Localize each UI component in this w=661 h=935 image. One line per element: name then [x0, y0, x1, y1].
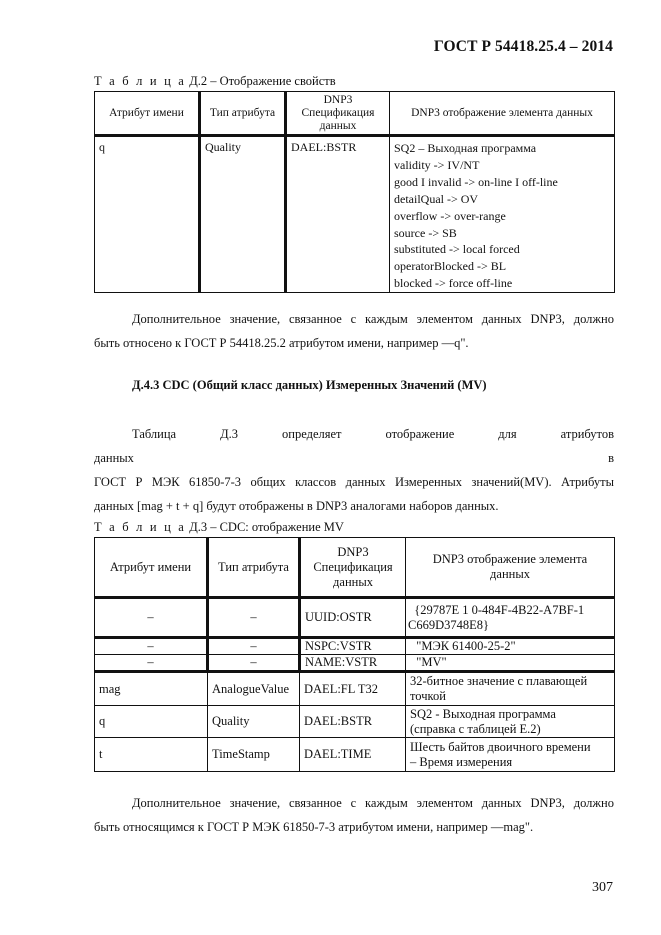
- cell-spec: NAME:VSTR: [300, 655, 406, 672]
- col-header-spec: DNP3 Спецификация данных: [300, 538, 406, 598]
- mapping-line: detailQual -> OV: [394, 191, 610, 208]
- table-row: q Quality DAEL:BSTR SQ2 – Выходная прогр…: [95, 136, 615, 293]
- cell-mapping: "МЭК 61400-25-2": [406, 638, 615, 655]
- mapping-line: validity -> IV/NT: [394, 157, 610, 174]
- table2-caption: Т а б л и ц а Д.3 – CDC: отображение MV: [94, 520, 344, 535]
- cell-attr-name: t: [95, 738, 208, 772]
- cell-mapping: SQ2 - Выходная программа (справка с табл…: [406, 706, 615, 738]
- cell-attr-name: –: [95, 598, 208, 638]
- cell-attr-name: –: [95, 638, 208, 655]
- cell-attr-type: Quality: [208, 706, 300, 738]
- document-header: ГОСТ Р 54418.25.4 – 2014: [434, 38, 613, 56]
- mapping-line: operatorBlocked -> BL: [394, 258, 610, 275]
- cell-attr-type: Quality: [200, 136, 286, 293]
- paragraph-line: быть относящимся к ГОСТ Р МЭК 61850-7-3 …: [94, 815, 614, 839]
- cell-attr-name: q: [95, 136, 200, 293]
- page-number: 307: [592, 880, 613, 896]
- cell-attr-type: –: [208, 598, 300, 638]
- cell-attr-type: –: [208, 655, 300, 672]
- header-line: данных: [410, 567, 610, 582]
- table-d2: Атрибут имени Тип атрибута DNP3 Специфик…: [94, 91, 615, 293]
- paragraph-line: Таблица Д.3 определяет отображение для а…: [94, 422, 614, 470]
- header-line: DNP3: [305, 545, 401, 560]
- paragraph-table-d3-intro: Таблица Д.3 определяет отображение для а…: [94, 422, 614, 518]
- paragraph-additional-value-1: Дополнительное значение, связанное с каж…: [94, 307, 614, 355]
- header-line: DNP3: [291, 94, 385, 107]
- cell-mapping: 32-битное значение с плавающей точкой: [406, 672, 615, 706]
- header-line: данных: [305, 575, 401, 590]
- header-line: DNP3 отображение элемента: [410, 552, 610, 567]
- cell-attr-type: AnalogueValue: [208, 672, 300, 706]
- table1-caption: Т а б л и ц а Д.2 – Отображение свойств: [94, 74, 336, 89]
- mapping-line: {29787E 1 0-484F-4B22-A7BF-1: [408, 603, 610, 618]
- table2-caption-title: Д.3 – CDC: отображение MV: [186, 520, 344, 534]
- cell-attr-name: mag: [95, 672, 208, 706]
- mapping-line: good I invalid -> on-line I off-line: [394, 174, 610, 191]
- col-header-attr-name: Атрибут имени: [95, 92, 200, 136]
- mapping-line: source -> SB: [394, 225, 610, 242]
- mapping-line: substituted -> local forced: [394, 241, 610, 258]
- mapping-line: SQ2 – Выходная программа: [394, 140, 610, 157]
- table-row: – – NAME:VSTR "MV": [95, 655, 615, 672]
- col-header-spec: DNP3 Спецификация данных: [286, 92, 390, 136]
- mapping-line: Шесть байтов двоичного времени: [410, 740, 610, 755]
- table-header-row: Атрибут имени Тип атрибута DNP3 Специфик…: [95, 92, 615, 136]
- col-header-mapping: DNP3 отображение элемента данных: [406, 538, 615, 598]
- cell-mapping: Шесть байтов двоичного времени – Время и…: [406, 738, 615, 772]
- cell-mapping: "MV": [406, 655, 615, 672]
- cell-spec: DAEL:BSTR: [300, 706, 406, 738]
- cell-attr-name: q: [95, 706, 208, 738]
- col-header-attr-name: Атрибут имени: [95, 538, 208, 598]
- mapping-line: точкой: [410, 689, 610, 704]
- cell-attr-type: TimeStamp: [208, 738, 300, 772]
- paragraph-line: Дополнительное значение, связанное с каж…: [94, 791, 614, 815]
- mapping-line: C669D3748E8}: [408, 618, 610, 633]
- paragraph-line: Дополнительное значение, связанное с каж…: [94, 307, 614, 331]
- table-row: – – UUID:OSTR {29787E 1 0-484F-4B22-A7BF…: [95, 598, 615, 638]
- table-d3: Атрибут имени Тип атрибута DNP3 Специфик…: [94, 537, 615, 772]
- table-row: t TimeStamp DAEL:TIME Шесть байтов двоич…: [95, 738, 615, 772]
- table-row: mag AnalogueValue DAEL:FL T32 32-битное …: [95, 672, 615, 706]
- cell-spec: DAEL:TIME: [300, 738, 406, 772]
- cell-attr-name: –: [95, 655, 208, 672]
- paragraph-line: быть относено к ГОСТ Р 54418.25.2 атрибу…: [94, 331, 614, 355]
- mapping-line: (справка с таблицей Е.2): [410, 722, 610, 737]
- table-row: q Quality DAEL:BSTR SQ2 - Выходная прогр…: [95, 706, 615, 738]
- paragraph-additional-value-2: Дополнительное значение, связанное с каж…: [94, 791, 614, 839]
- paragraph-line: ГОСТ Р МЭК 61850-7-3 общих классов данны…: [94, 470, 614, 494]
- header-line: Спецификация: [291, 107, 385, 120]
- mapping-line: overflow -> over-range: [394, 208, 610, 225]
- cell-spec: DAEL:FL T32: [300, 672, 406, 706]
- table-header-row: Атрибут имени Тип атрибута DNP3 Специфик…: [95, 538, 615, 598]
- cell-mapping: SQ2 – Выходная программа validity -> IV/…: [390, 136, 615, 293]
- col-header-attr-type: Тип атрибута: [208, 538, 300, 598]
- mapping-line: SQ2 - Выходная программа: [410, 707, 610, 722]
- paragraph-line: данных [mag + t + q] будут отображены в …: [94, 494, 614, 518]
- header-line: Спецификация: [305, 560, 401, 575]
- mapping-line: – Время измерения: [410, 755, 610, 770]
- table1-caption-title: Д.2 – Отображение свойств: [186, 74, 336, 88]
- cell-spec: DAEL:BSTR: [286, 136, 390, 293]
- cell-attr-type: –: [208, 638, 300, 655]
- table-row: – – NSPC:VSTR "МЭК 61400-25-2": [95, 638, 615, 655]
- table2-caption-prefix: Т а б л и ц а: [94, 520, 186, 534]
- section-heading: Д.4.3 CDC (Общий класс данных) Измеренны…: [132, 378, 487, 393]
- col-header-attr-type: Тип атрибута: [200, 92, 286, 136]
- header-line: данных: [291, 120, 385, 133]
- mapping-line: 32-битное значение с плавающей: [410, 674, 610, 689]
- cell-spec: UUID:OSTR: [300, 598, 406, 638]
- col-header-mapping: DNP3 отображение элемента данных: [390, 92, 615, 136]
- cell-mapping: {29787E 1 0-484F-4B22-A7BF-1 C669D3748E8…: [406, 598, 615, 638]
- table1-caption-prefix: Т а б л и ц а: [94, 74, 186, 88]
- cell-spec: NSPC:VSTR: [300, 638, 406, 655]
- mapping-line: blocked -> force off-line: [394, 275, 610, 292]
